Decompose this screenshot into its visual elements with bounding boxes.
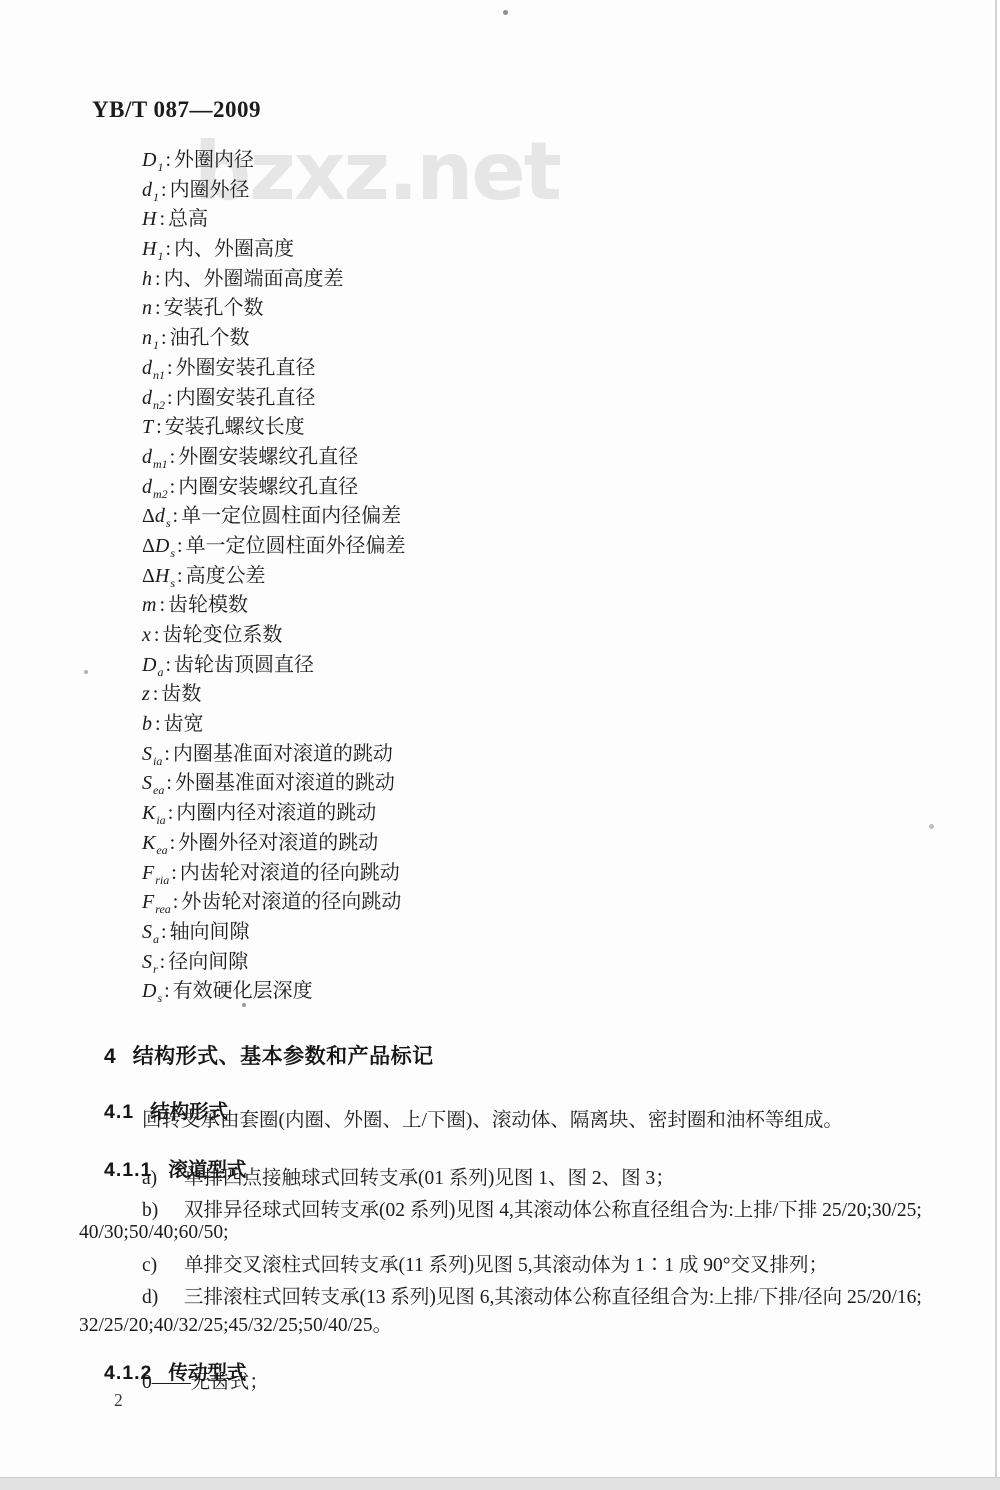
symbol-definition: Da:齿轮齿顶圆直径	[142, 651, 406, 681]
symbol-definition: dm1:外圈安装螺纹孔直径	[142, 443, 406, 473]
symbol-definition: Kia:内圈内径对滚道的跳动	[142, 799, 406, 829]
symbol-definition-list: D1:外圈内径d1:内圈外径H:总高H1:内、外圈高度h:内、外圈端面高度差n:…	[142, 146, 406, 1007]
section-number: 4.1	[104, 1101, 134, 1123]
symbol-definition: Sa:轴向间隙	[142, 918, 406, 948]
symbol-definition: Sia:内圈基准面对滚道的跳动	[142, 740, 406, 770]
scan-artifact-dot	[84, 670, 88, 674]
symbol-definition: m:齿轮模数	[142, 591, 406, 621]
symbol-definition: Kea:外圈外径对滚道的跳动	[142, 829, 406, 859]
symbol-definition: Fria:内齿轮对滚道的径向跳动	[142, 859, 406, 889]
clause-c: c)单排交叉滚柱式回转支承(11 系列)见图 5,其滚动体为 1∶1 成 90°…	[142, 1249, 828, 1277]
symbol-definition: d1:内圈外径	[142, 176, 406, 206]
clause-b-continuation: 40/30;50/40;60/50;	[79, 1222, 229, 1244]
clause-text: 单排交叉滚柱式回转支承(11 系列)见图 5,其滚动体为 1∶1 成 90°交叉…	[184, 1255, 828, 1276]
scan-edge-line	[995, 0, 997, 1477]
symbol-definition: H:总高	[142, 205, 406, 235]
symbol-definition: z:齿数	[142, 680, 406, 710]
symbol-definition: H1:内、外圈高度	[142, 235, 406, 265]
clause-text: 双排异径球式回转支承(02 系列)见图 4,其滚动体公称直径组合为:上排/下排 …	[184, 1200, 922, 1221]
symbol-definition: dm2:内圈安装螺纹孔直径	[142, 473, 406, 503]
scan-artifact-dot	[929, 824, 934, 829]
clause-a: a)单排四点接触球式回转支承(01 系列)见图 1、图 2、图 3；	[142, 1162, 675, 1190]
symbol-definition: ΔHs:高度公差	[142, 562, 406, 592]
clause-b: b)双排异径球式回转支承(02 系列)见图 4,其滚动体公称直径组合为:上排/下…	[142, 1194, 922, 1222]
symbol-definition: Sr:径向间隙	[142, 948, 406, 978]
clause-d: d)三排滚柱式回转支承(13 系列)见图 6,其滚动体公称直径组合为:上排/下排…	[142, 1281, 922, 1309]
symbol-definition: n:安装孔个数	[142, 294, 406, 324]
page-number: 2	[114, 1390, 123, 1411]
symbol-definition: D1:外圈内径	[142, 146, 406, 176]
clause-label: b)	[142, 1200, 184, 1222]
section-4-heading: 4结构形式、基本参数和产品标记	[104, 1040, 434, 1070]
section-4-1-paragraph: 回转支承由套圈(内圈、外圈、上/下圈)、滚动体、隔离块、密封圈和油杯等组成。	[142, 1104, 843, 1132]
symbol-definition: Frea:外齿轮对滚道的径向跳动	[142, 888, 406, 918]
symbol-definition: Ds:有效硬化层深度	[142, 977, 406, 1007]
section-number: 4	[104, 1045, 117, 1068]
symbol-definition: n1:油孔个数	[142, 324, 406, 354]
symbol-definition: b:齿宽	[142, 710, 406, 740]
symbol-definition: Δds:单一定位圆柱面内径偏差	[142, 502, 406, 532]
scan-artifact-dot	[503, 10, 508, 15]
clause-text: 单排四点接触球式回转支承(01 系列)见图 1、图 2、图 3；	[184, 1168, 675, 1189]
symbol-definition: x:齿轮变位系数	[142, 621, 406, 651]
section-4-1-2-paragraph: 0——无齿式；	[142, 1366, 269, 1394]
symbol-definition: ΔDs:单一定位圆柱面外径偏差	[142, 532, 406, 562]
symbol-definition: Sea:外圈基准面对滚道的跳动	[142, 769, 406, 799]
symbol-definition: dn1:外圈安装孔直径	[142, 354, 406, 384]
clause-d-continuation: 32/25/20;40/32/25;45/32/25;50/40/25。	[79, 1309, 392, 1337]
symbol-definition: h:内、外圈端面高度差	[142, 265, 406, 295]
clause-label: c)	[142, 1255, 184, 1277]
clause-label: a)	[142, 1168, 184, 1190]
scan-edge-band	[0, 1477, 1000, 1490]
clause-label: d)	[142, 1287, 184, 1309]
symbol-definition: dn2:内圈安装孔直径	[142, 384, 406, 414]
section-title: 结构形式、基本参数和产品标记	[133, 1045, 434, 1068]
standard-code: YB/T 087—2009	[92, 97, 261, 123]
document-page: bzxz.net YB/T 087—2009 D1:外圈内径d1:内圈外径H:总…	[0, 0, 1000, 1490]
symbol-definition: T:安装孔螺纹长度	[142, 413, 406, 443]
clause-text: 三排滚柱式回转支承(13 系列)见图 6,其滚动体公称直径组合为:上排/下排/径…	[184, 1287, 922, 1308]
